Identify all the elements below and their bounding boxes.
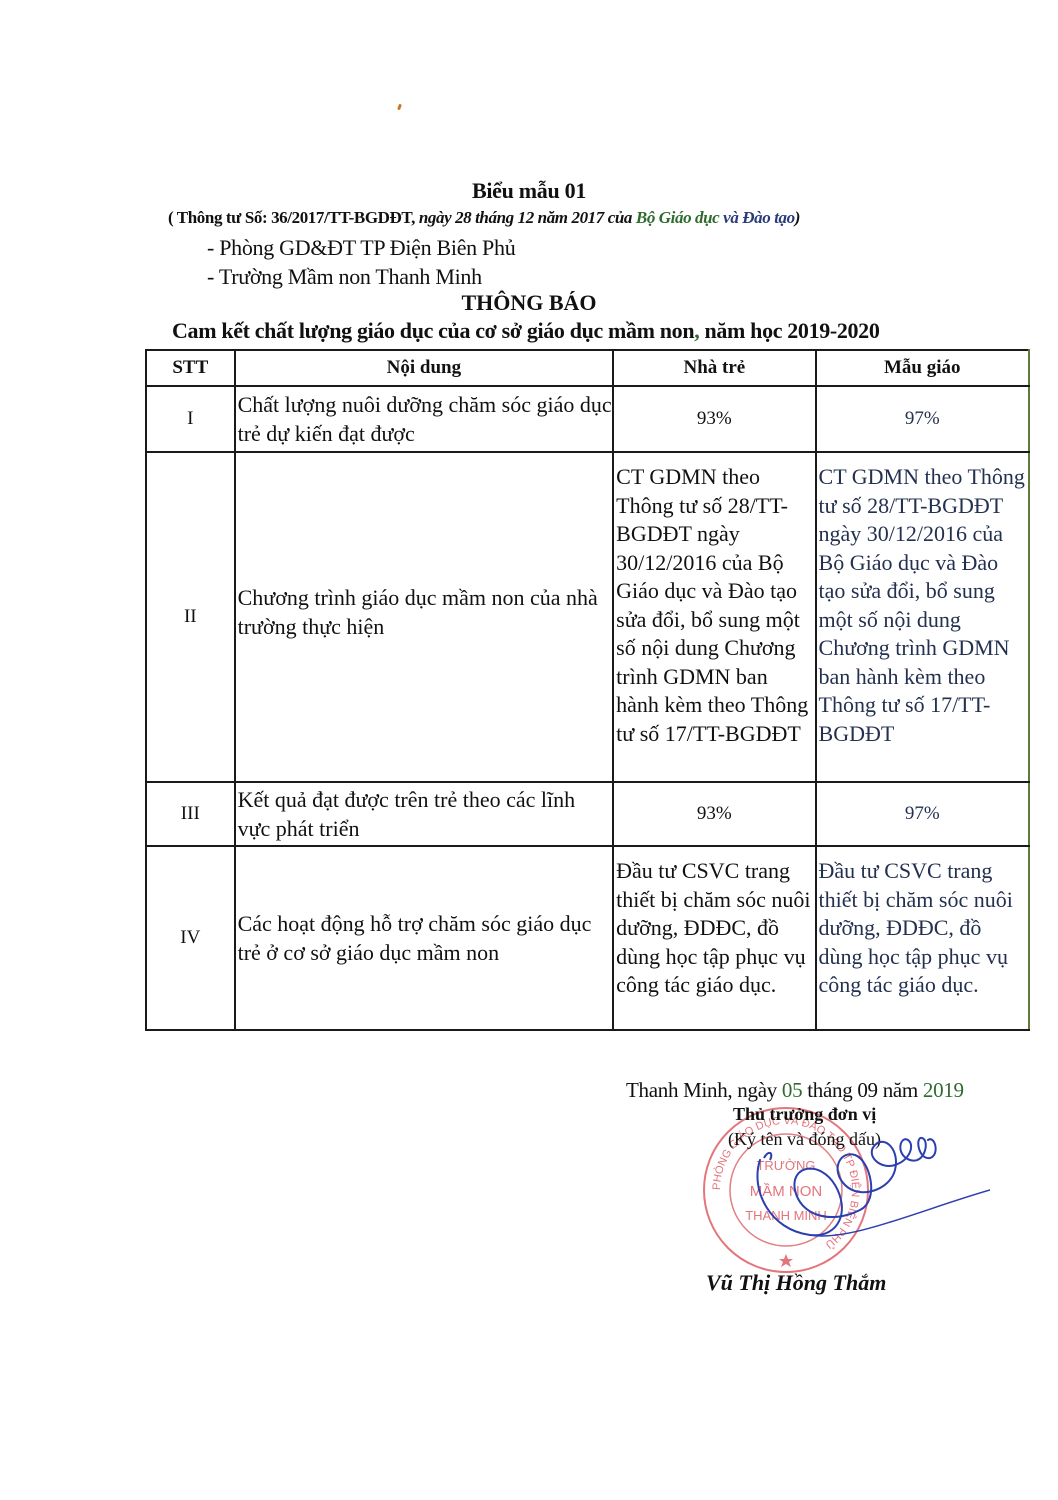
circular-close: ) — [795, 208, 800, 227]
row-stt: II — [146, 452, 235, 782]
row-content: Chương trình giáo dục mầm non của nhà tr… — [235, 452, 614, 782]
row-mau-giao: 97% — [816, 782, 1029, 846]
row-content: Chất lượng nuôi dưỡng chăm sóc giáo dục … — [235, 386, 614, 452]
scan-speck — [397, 104, 402, 111]
form-title: Biểu mẫu 01 — [0, 178, 1058, 204]
signatory-role: Thủ trưởng đơn vị — [733, 1104, 876, 1125]
table-row: IV Các hoạt động hỗ trợ chăm sóc giáo dụ… — [146, 846, 1029, 1030]
date-day: 05 — [782, 1078, 802, 1102]
signer-name: Vũ Thị Hồng Thắm — [706, 1270, 886, 1296]
addressee-school: - Trường Mầm non Thanh Minh — [207, 264, 482, 290]
ministry-name-part1: Bộ Giáo dục — [636, 208, 719, 227]
commitment-table: STT Nội dung Nhà trẻ Mẫu giáo I Chất lượ… — [145, 349, 1030, 1031]
column-header-mau-giao: Mẫu giáo — [816, 350, 1029, 386]
table-header-row: STT Nội dung Nhà trẻ Mẫu giáo — [146, 350, 1029, 386]
table-row: III Kết quả đạt được trên trẻ theo các l… — [146, 782, 1029, 846]
row-content: Kết quả đạt được trên trẻ theo các lĩnh … — [235, 782, 614, 846]
date-year-prefix: năm — [878, 1078, 923, 1102]
ministry-and: và — [719, 208, 742, 227]
row-mau-giao: CT GDMN theo Thông tư số 28/TT-BGDĐT ngà… — [816, 452, 1029, 782]
circular-reference: ( Thông tư Số: 36/2017/TT-BGDĐT, ngày 28… — [168, 208, 800, 228]
handwritten-signature-icon — [750, 1130, 990, 1250]
column-header-nha-tre: Nhà trẻ — [613, 350, 815, 386]
column-header-content: Nội dung — [235, 350, 614, 386]
row-mau-giao: 97% — [816, 386, 1029, 452]
ministry-name-part2: Đào tạo — [742, 208, 794, 227]
table-row: II Chương trình giáo dục mầm non của nhà… — [146, 452, 1029, 782]
circular-date: ngày 28 tháng 12 năm 2017 của — [419, 208, 636, 227]
table-row: I Chất lượng nuôi dưỡng chăm sóc giáo dụ… — [146, 386, 1029, 452]
row-stt: I — [146, 386, 235, 452]
row-nha-tre: CT GDMN theo Thông tư số 28/TT-BGDĐT ngà… — [613, 452, 815, 782]
subtitle-main: Cam kết chất lượng giáo dục của cơ sở gi… — [172, 318, 694, 343]
row-stt: IV — [146, 846, 235, 1030]
date-prefix: Thanh Minh, ngày — [626, 1078, 782, 1102]
column-header-stt: STT — [146, 350, 235, 386]
row-content: Các hoạt động hỗ trợ chăm sóc giáo dục t… — [235, 846, 614, 1030]
place-and-date: Thanh Minh, ngày 05 tháng 09 năm 2019 — [626, 1078, 964, 1103]
circular-number: ( Thông tư Số: 36/2017/TT-BGDĐT, — [168, 208, 419, 227]
date-month: 09 — [857, 1078, 877, 1102]
row-nha-tre: Đầu tư CSVC trang thiết bị chăm sóc nuôi… — [613, 846, 815, 1030]
date-year: 2019 — [923, 1078, 964, 1102]
row-mau-giao: Đầu tư CSVC trang thiết bị chăm sóc nuôi… — [816, 846, 1029, 1030]
date-month-prefix: tháng — [802, 1078, 857, 1102]
notice-subtitle: Cam kết chất lượng giáo dục của cơ sở gi… — [172, 318, 879, 344]
row-stt: III — [146, 782, 235, 846]
row-nha-tre: 93% — [613, 782, 815, 846]
row-nha-tre: 93% — [613, 386, 815, 452]
subtitle-year: năm học 2019-2020 — [699, 318, 879, 343]
notice-title: THÔNG BÁO — [0, 290, 1058, 316]
addressee-department: - Phòng GD&ĐT TP Điện Biên Phủ — [207, 235, 515, 261]
